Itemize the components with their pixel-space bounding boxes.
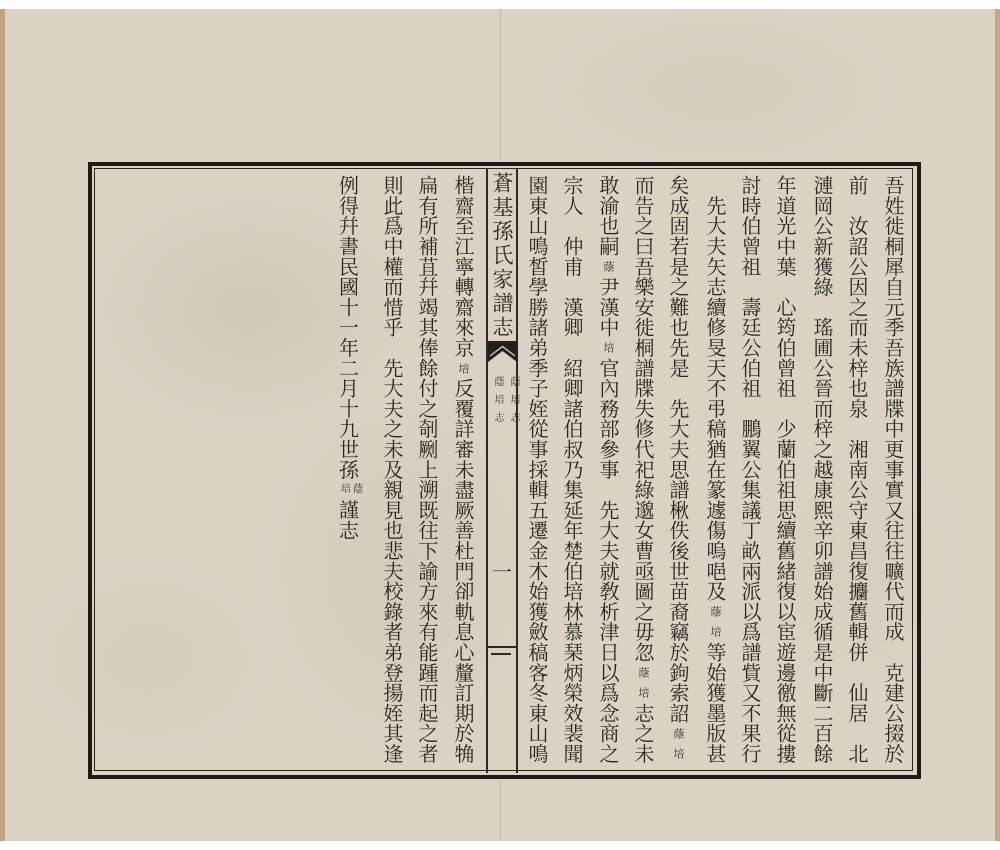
name-annotation: 蔭培: [709, 601, 722, 646]
book-title: 蒼基孫氏家譜志: [490, 172, 514, 340]
column-text: 敢渝也嗣: [596, 175, 620, 256]
column-text: 而告之曰吾樂安徙桐譜牒失修代祀綠邈女曹亟圖之毋忽: [631, 175, 655, 662]
name-annotation: 蔭培: [637, 662, 650, 707]
column-text: 漣岡公新獲綠 瑤圃公晉而梓之越康熙辛卯譜始成循是中斷二百餘: [810, 175, 834, 764]
column-text: 前 汝詔公因之而未梓也泉 湘南公守東昌復攟舊輯併 仙居 北: [845, 175, 869, 764]
text-column-13: 扁有所補苴幷竭其俸餘付之剞劂上溯既往下諭方來有能踵而起之者: [415, 175, 439, 775]
column-text: 扁有所補苴幷竭其俸餘付之剞劂上溯既往下諭方來有能踵而起之者: [415, 175, 439, 764]
column-text: 園東山鳴皙學勝諸弟季子姪從事採輯五遷金木始獲斂稿客冬東山鳴: [525, 175, 549, 764]
signature-annotation: 蔭培: [341, 480, 365, 500]
page-edge-right: [995, 9, 1000, 841]
text-column-6: 先大夫矢志續修旻天不弔稿猶在篆遽傷嗚唈及蔭培等始獲墨版甚: [703, 175, 727, 775]
fold-rule-short: [491, 653, 511, 655]
text-column-3: 漣岡公新獲綠 瑤圃公晉而梓之越康熙辛卯譜始成循是中斷二百餘: [810, 175, 834, 775]
text-column-8: 而告之曰吾樂安徙桐譜牒失修代祀綠邈女曹亟圖之毋忽蔭培志之未: [631, 175, 655, 775]
column-text: 志之未: [631, 703, 655, 764]
text-column-4: 年道光中葉 心筠伯曾祖 少蘭伯祖思續舊緒復以宦遊邊徼無從摟: [773, 175, 797, 775]
text-column-15: 例得幷書民國十一年二月十九世孫蔭培謹志: [341, 175, 365, 775]
fold-rule-long: [486, 646, 516, 648]
text-column-7: 矣成固若是之難也先是 先大夫思譜楸佚後世苗裔竊於鉤索詔蔭培: [666, 175, 690, 775]
column-text: 官內務部參事 先大夫就敎析津日以爲念商之: [596, 358, 620, 764]
text-column-12: 楷齋至江寧轉齋來京培反覆詳審未盡厥善杜門卻軌息心釐訂期於觕: [451, 175, 475, 775]
column-text: 宗人 仲甫 漢卿 紹卿諸伯叔乃集延年楚伯培林慕琹炳榮效裴聞: [560, 175, 584, 764]
column-text: 例得幷書民國十一年二月十九世孫: [336, 175, 360, 480]
column-text: 謹志: [336, 500, 360, 541]
text-column-2: 前 汝詔公因之而未梓也泉 湘南公守東昌復攟舊輯併 仙居 北: [845, 175, 869, 775]
column-text: 楷齋至江寧轉齋來京: [451, 175, 475, 358]
column-text: 則此爲中權而惜乎 先大夫之未及親見也悲夫校錄者弟登揚姪其逢: [380, 175, 404, 764]
column-text: 先大夫矢志續修旻天不弔稿猶在篆遽傷嗚唈及: [703, 175, 727, 601]
page-number: 一: [490, 558, 514, 586]
text-column-1: 吾姓徙桐犀自元季吾族譜牒中更事實又往往曠代而成 克建公掇於: [881, 175, 905, 775]
page-edge-left: [0, 9, 5, 841]
column-text: 尹漢中: [596, 277, 620, 338]
column-text: 矣成固若是之難也先是 先大夫思譜楸佚後世苗裔竊於鉤索詔: [666, 175, 690, 723]
fold-annotation-left: 蔭培志: [490, 376, 504, 430]
name-annotation: 蔭培: [672, 723, 685, 768]
column-text: 反覆詳審未盡厥善杜門卻軌息心釐訂期於觕: [451, 378, 475, 764]
column-text: 等始獲墨版甚: [703, 642, 727, 764]
column-text: 吾姓徙桐犀自元季吾族譜牒中更事實又往往曠代而成 克建公掇於: [881, 175, 905, 764]
text-column-11: 園東山鳴皙學勝諸弟季子姪從事採輯五遷金木始獲斂稿客冬東山鳴: [525, 175, 549, 775]
fishtail-mark-icon: [488, 341, 517, 363]
column-text: 年道光中葉 心筠伯曾祖 少蘭伯祖思續舊緒復以宦遊邊徼無從摟: [773, 175, 797, 764]
binding-seam-top: [500, 9, 501, 161]
text-column-14: 則此爲中權而惜乎 先大夫之未及親見也悲夫校錄者弟登揚姪其逢: [380, 175, 404, 775]
text-column-10: 宗人 仲甫 漢卿 紹卿諸伯叔乃集延年楚伯培林慕琹炳榮效裴聞: [560, 175, 584, 775]
text-column-9: 敢渝也嗣蔭尹漢中培官內務部參事 先大夫就敎析津日以爲念商之: [596, 175, 620, 775]
fold-annotation-right: 蔭培志: [506, 376, 520, 430]
binding-seam-bottom: [500, 781, 501, 841]
fold-column-line-left: [486, 168, 488, 773]
text-column-5: 討時伯曾祖 壽廷公伯祖 鵬翼公集議丁畝兩派以爲譜貲又不果行: [738, 175, 762, 775]
fold-column-line-right: [516, 168, 518, 773]
column-text: 討時伯曾祖 壽廷公伯祖 鵬翼公集議丁畝兩派以爲譜貲又不果行: [738, 175, 762, 764]
